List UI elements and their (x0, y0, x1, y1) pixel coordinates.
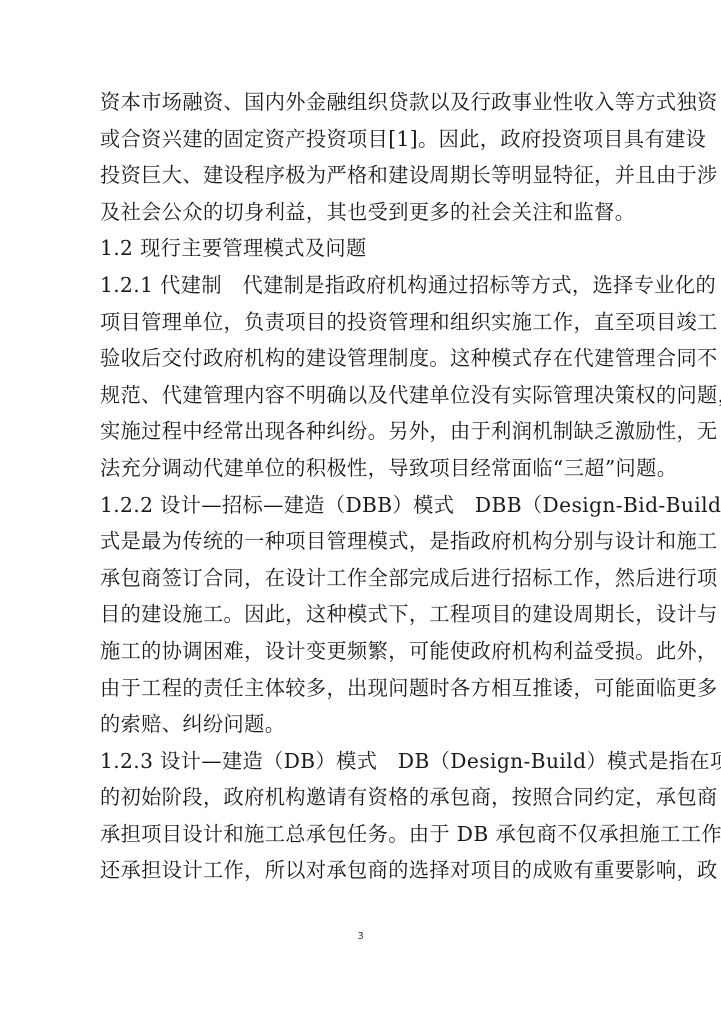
text-line: 目的建设施工。因此，这种模式下，工程项目的建设周期长，设计与 (100, 596, 614, 633)
text-line: 承包商签订合同，在设计工作全部完成后进行招标工作，然后进行项 (100, 560, 614, 597)
page-number: 3 (0, 931, 721, 942)
document-page: 资本市场融资、国内外金融组织贷款以及行政事业性收入等方式独资 或合资兴建的固定资… (0, 0, 721, 1020)
text-line: 投资巨大、建设程序极为严格和建设周期长等明显特征，并且由于涉 (100, 157, 614, 194)
text-line: 规范、代建管理内容不明确以及代建单位没有实际管理决策权的问题， (100, 377, 614, 414)
text-line: 实施过程中经常出现各种纠纷。另外，由于利润机制缺乏激励性，无 (100, 413, 614, 450)
text-line: 资本市场融资、国内外金融组织贷款以及行政事业性收入等方式独资 (100, 84, 614, 121)
text-line: 法充分调动代建单位的积极性，导致项目经常面临“三超”问题。 (100, 450, 614, 487)
text-line: 或合资兴建的固定资产投资项目[1]。因此，政府投资项目具有建设 (100, 121, 614, 158)
text-line: 式是最为传统的一种项目管理模式，是指政府机构分别与设计和施工 (100, 523, 614, 560)
text-line: 的初始阶段，政府机构邀请有资格的承包商，按照合同约定，承包商 (100, 779, 614, 816)
subsection-line: 1.2.1 代建制 代建制是指政府机构通过招标等方式，选择专业化的 (100, 267, 614, 304)
body-text: 资本市场融资、国内外金融组织贷款以及行政事业性收入等方式独资 或合资兴建的固定资… (100, 84, 614, 889)
section-heading: 1.2 现行主要管理模式及问题 (100, 230, 614, 267)
text-line: 的索赔、纠纷问题。 (100, 706, 614, 743)
text-line: 还承担设计工作，所以对承包商的选择对项目的成败有重要影响，政 (100, 852, 614, 889)
text-line: 及社会公众的切身利益，其也受到更多的社会关注和监督。 (100, 194, 614, 231)
text-line: 由于工程的责任主体较多，出现问题时各方相互推诿，可能面临更多 (100, 670, 614, 707)
subsection-line: 1.2.2 设计—招标—建造（DBB）模式 DBB（Design-Bid-Bui… (100, 487, 614, 524)
text-line: 验收后交付政府机构的建设管理制度。这种模式存在代建管理合同不 (100, 340, 614, 377)
text-line: 承担项目设计和施工总承包任务。由于 DB 承包商不仅承担施工工作， (100, 816, 614, 853)
subsection-line: 1.2.3 设计—建造（DB）模式 DB（Design-Build）模式是指在项… (100, 743, 614, 780)
text-line: 施工的协调困难，设计变更频繁，可能使政府机构利益受损。此外， (100, 633, 614, 670)
text-line: 项目管理单位，负责项目的投资管理和组织实施工作，直至项目竣工 (100, 304, 614, 341)
